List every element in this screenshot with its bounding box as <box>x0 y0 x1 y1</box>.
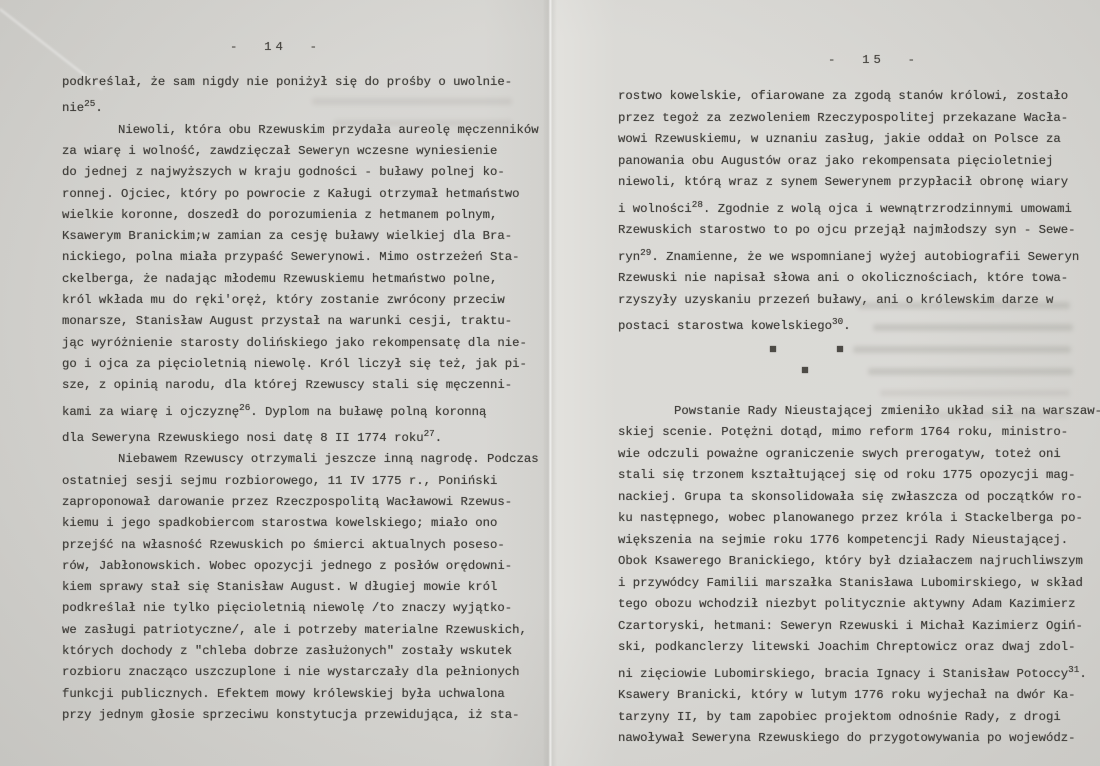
text-line: ku następnego, wobec planowanego przez k… <box>618 508 1078 530</box>
text-line: funkcji publicznych. Efektem mowy królew… <box>62 684 522 705</box>
show-through-artifact <box>918 412 1068 418</box>
text-line: rozbioru znacząco uszczuplone i nie wyst… <box>62 662 522 683</box>
section-divider-mark <box>770 346 776 352</box>
show-through-artifact <box>312 98 512 105</box>
text-line: wielkie koronne, doszedł do porozumienia… <box>62 205 522 226</box>
text-line: Ksawery Branicki, który w lutym 1776 rok… <box>618 685 1078 707</box>
text-line: do jednej z najwyższych w kraju godności… <box>62 162 522 183</box>
text-line: panowania obu Augustów oraz jako rekompe… <box>618 151 1078 173</box>
text-line: kiemu i jego spadkobiercom starostwa kow… <box>62 513 522 534</box>
text-line: kami za wiarę i ojczyznę26. Dyplom na bu… <box>62 397 522 423</box>
text-line: przy jednym głosie sprzeciwu konstytucja… <box>62 705 522 726</box>
text-line: ostatniej sesji sejmu rozbiorowego, 11 I… <box>62 471 522 492</box>
footnote-ref: 30 <box>832 316 843 327</box>
text-line: ckelberga, że nadając młodemu Rzewuskiem… <box>62 269 522 290</box>
text-line: zaproponował darowanie przez Rzeczpospol… <box>62 492 522 513</box>
footnote-ref: 26 <box>239 402 250 413</box>
page-14: - 14 - podkreślał, że sam nigdy nie poni… <box>62 38 522 726</box>
text-line: król wkłada mu do ręki'oręż, który zosta… <box>62 290 522 311</box>
show-through-artifact <box>880 390 1070 396</box>
page-15: - 15 - rostwo kowelskie, ofiarowane za z… <box>618 50 1078 750</box>
section-divider-mark <box>837 346 843 352</box>
text-line: Rzewuski nie napisał słowa ani o okolicz… <box>618 268 1078 290</box>
text-line: ni zięciowie Lubomirskiego, bracia Ignac… <box>618 659 1078 686</box>
text-line: rów, Jabłonowskich. Wobec opozycji jedne… <box>62 556 522 577</box>
text-line: monarsze, Stanisław August przystał na w… <box>62 311 522 332</box>
show-through-artifact <box>868 368 1073 375</box>
text-line: tarzyny II, by tam zapobiec projektom od… <box>618 707 1078 729</box>
text-line: i wolności28. Zgodnie z wolą ojca i wewn… <box>618 194 1078 221</box>
text-line: sze, z opinią narodu, dla której Rzewusc… <box>62 375 522 396</box>
text-line: nawoływał Seweryna Rzewuskiego do przygo… <box>618 728 1078 750</box>
text-line: go i ojca za pięcioletnią niewolę. Król … <box>62 354 522 375</box>
text-line: Rzewuskich starostwo to po ojcu przejął … <box>618 220 1078 242</box>
text-line: we zasługi patriotyczne/, ale i potrzeby… <box>62 620 522 641</box>
text-line: Ksawerym Branickim;w zamian za cesję buł… <box>62 226 522 247</box>
text-line: Obok Ksawerego Branickiego, który był dz… <box>618 551 1078 573</box>
show-through-artifact <box>873 324 1073 331</box>
text-line: przez tegoż za zezwoleniem Rzeczypospoli… <box>618 108 1078 130</box>
text-line: niewoli, którą wraz z synem Sewerynem pr… <box>618 172 1078 194</box>
section-divider-mark <box>802 367 808 373</box>
page-number: - 15 - <box>828 53 919 67</box>
show-through-artifact <box>334 120 512 126</box>
text-line: większenia na sejmie roku 1776 kompetenc… <box>618 530 1078 552</box>
footnote-ref: 31 <box>1068 664 1079 675</box>
book-spread: - 14 - podkreślał, że sam nigdy nie poni… <box>0 0 1100 766</box>
text-line: ski, podkanclerzy litewski Joachim Chrep… <box>618 637 1078 659</box>
text-line: podkreślał nie tylko pięcioletnią niewol… <box>62 598 522 619</box>
footnote-ref: 25 <box>84 98 95 109</box>
text-line: kiem sprawy stał się Stanisław August. W… <box>62 577 522 598</box>
text-line: których dochody z "chleba dobrze zasłużo… <box>62 641 522 662</box>
text-line: wie odczuli poważne ograniczenie swych p… <box>618 444 1078 466</box>
text-line: nickiego, polna miała przypaść Sewerynow… <box>62 247 522 268</box>
footnote-ref: 27 <box>424 428 435 439</box>
text-line: za wiarę i wolność, zawdzięczał Seweryn … <box>62 141 522 162</box>
text-line: wowi Rzewuskiemu, w uznaniu zasług, jaki… <box>618 129 1078 151</box>
text-line: ryn29. Znamienne, że we wspomnianej wyże… <box>618 242 1078 269</box>
text-line: i przywódcy Familii marszałka Stanisława… <box>618 573 1078 595</box>
book-gutter <box>543 0 557 766</box>
show-through-artifact <box>858 302 1070 309</box>
text-line: skiej scenie. Potężni dotąd, mimo reform… <box>618 422 1078 444</box>
text-line: Niebawem Rzewuscy otrzymali jeszcze inną… <box>62 449 522 470</box>
text-line: Czartoryski, hetmani: Seweryn Rzewuski i… <box>618 616 1078 638</box>
text-line: podkreślał, że sam nigdy nie poniżył się… <box>62 72 522 93</box>
footnote-ref: 28 <box>692 199 703 210</box>
text-line: jąc wyróżnienie starosty dolińskiego jak… <box>62 333 522 354</box>
text-line: rostwo kowelskie, ofiarowane za zgodą st… <box>618 86 1078 108</box>
text-line: nackiej. Grupa ta skonsolidowała się zwł… <box>618 487 1078 509</box>
text-line: przejść na własność Rzewuskich po śmierc… <box>62 535 522 556</box>
page-number: - 14 - <box>230 40 321 54</box>
show-through-artifact <box>853 346 1071 353</box>
text-line: ronnej. Ojciec, który po powrocie z Kału… <box>62 184 522 205</box>
text-line: dla Seweryna Rzewuskiego nosi datę 8 II … <box>62 423 522 449</box>
footnote-ref: 29 <box>640 247 651 258</box>
text-line: tego obozu wchodził niezbyt politycznie … <box>618 594 1078 616</box>
page-body: podkreślał, że sam nigdy nie poniżył się… <box>62 72 522 726</box>
text-line: stali się trzonem kształtującej się od r… <box>618 465 1078 487</box>
